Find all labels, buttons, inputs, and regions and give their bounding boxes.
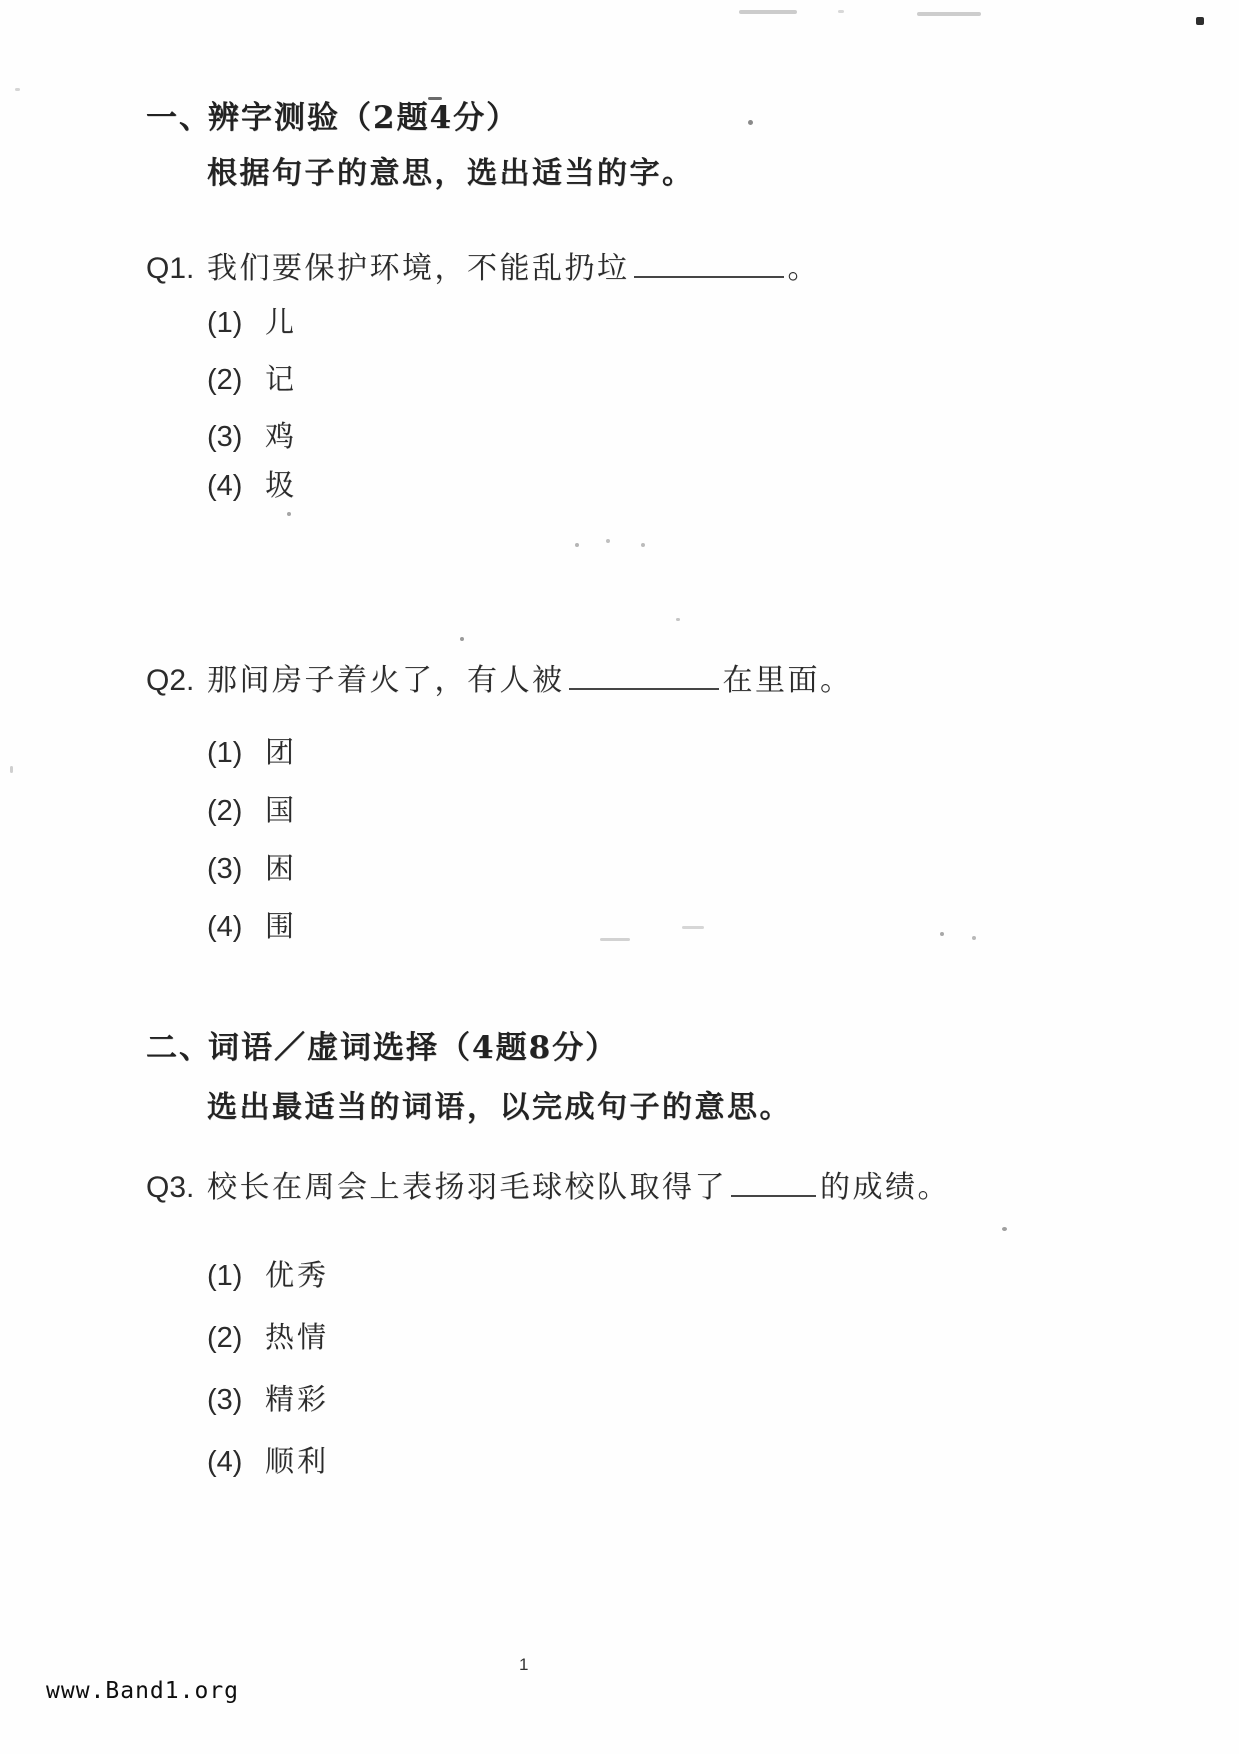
option-number: (2) bbox=[207, 364, 265, 397]
option-row: (2) 国 bbox=[207, 788, 297, 829]
question-q2-text-before: 那间房子着火了，有人被 bbox=[207, 663, 565, 698]
question-q2: Q2. 那间房子着火了，有人被在里面。 bbox=[146, 655, 853, 699]
option-text: 团 bbox=[265, 730, 297, 771]
scan-artifact bbox=[641, 543, 645, 547]
option-text: 围 bbox=[265, 904, 297, 945]
question-q1-id: Q1. bbox=[146, 252, 207, 286]
section-1-number: 一、 bbox=[146, 92, 208, 137]
option-number: (4) bbox=[207, 470, 265, 503]
option-text: 国 bbox=[265, 788, 297, 829]
option-row: (1) 儿 bbox=[207, 300, 297, 341]
option-number: (3) bbox=[207, 421, 265, 454]
scan-artifact bbox=[1002, 1227, 1007, 1231]
option-number: (2) bbox=[207, 795, 265, 828]
option-text: 精彩 bbox=[265, 1377, 329, 1418]
option-text: 儿 bbox=[265, 300, 297, 341]
scan-artifact bbox=[917, 12, 981, 16]
question-q3-text-before: 校长在周会上表扬羽毛球校队取得了 bbox=[207, 1170, 727, 1205]
question-q1-text: 我们要保护环境，不能乱扔垃。 bbox=[207, 243, 820, 287]
page-number: 1 bbox=[519, 1655, 528, 1675]
question-q2-text-after: 在里面。 bbox=[723, 663, 853, 698]
section-2-instruction: 选出最适当的词语，以完成句子的意思。 bbox=[207, 1082, 792, 1126]
scan-artifact bbox=[287, 512, 291, 516]
question-q1-text-before: 我们要保护环境，不能乱扔垃 bbox=[207, 251, 630, 286]
scan-artifact bbox=[15, 88, 20, 91]
exam-page: 一、 辨字测验（2题4分） 根据句子的意思，选出适当的字。 Q1. 我们要保护环… bbox=[0, 0, 1239, 1754]
scan-artifact bbox=[578, 1190, 582, 1194]
question-q3-text-after: 的成绩。 bbox=[820, 1170, 950, 1205]
option-row: (3) 鸡 bbox=[207, 414, 297, 455]
option-text: 圾 bbox=[265, 463, 297, 504]
question-q2-text: 那间房子着火了，有人被在里面。 bbox=[207, 655, 853, 699]
section-2-heading: 二、 词语／虚词选择（4题8分） bbox=[146, 1022, 618, 1067]
scan-artifact bbox=[600, 938, 630, 941]
option-row: (1) 优秀 bbox=[207, 1253, 329, 1294]
scan-artifact bbox=[575, 543, 579, 547]
question-q1: Q1. 我们要保护环境，不能乱扔垃。 bbox=[146, 243, 820, 287]
scan-artifact bbox=[682, 926, 704, 929]
option-number: (3) bbox=[207, 853, 265, 886]
option-number: (1) bbox=[207, 737, 265, 770]
option-row: (2) 热情 bbox=[207, 1315, 329, 1356]
scan-artifact bbox=[972, 936, 976, 940]
scan-artifact bbox=[606, 539, 610, 543]
question-q3-text: 校长在周会上表扬羽毛球校队取得了的成绩。 bbox=[207, 1162, 950, 1206]
option-row: (4) 围 bbox=[207, 904, 297, 945]
option-row: (4) 圾 bbox=[207, 463, 297, 504]
section-2-title: 词语／虚词选择（4题8分） bbox=[208, 1022, 618, 1067]
option-number: (1) bbox=[207, 307, 265, 340]
option-text: 顺利 bbox=[265, 1439, 329, 1480]
scan-artifact bbox=[838, 10, 844, 13]
option-row: (3) 精彩 bbox=[207, 1377, 329, 1418]
section-1-title: 辨字测验（2题4分） bbox=[208, 92, 519, 137]
option-row: (1) 团 bbox=[207, 730, 297, 771]
scan-artifact bbox=[676, 618, 680, 621]
scan-artifact bbox=[428, 97, 442, 100]
footer-site-text: www.Band1.org bbox=[46, 1678, 239, 1704]
scan-artifact bbox=[460, 637, 464, 641]
section-2-number: 二、 bbox=[146, 1022, 208, 1067]
option-text: 优秀 bbox=[265, 1253, 329, 1294]
option-number: (4) bbox=[207, 1446, 265, 1479]
option-number: (2) bbox=[207, 1322, 265, 1355]
answer-blank bbox=[731, 1168, 816, 1197]
option-row: (4) 顺利 bbox=[207, 1439, 329, 1480]
option-text: 热情 bbox=[265, 1315, 329, 1356]
question-q1-text-after: 。 bbox=[788, 251, 821, 286]
question-q3: Q3. 校长在周会上表扬羽毛球校队取得了的成绩。 bbox=[146, 1162, 950, 1206]
answer-blank bbox=[634, 249, 784, 278]
option-row: (3) 困 bbox=[207, 846, 297, 887]
scan-artifact bbox=[748, 120, 753, 125]
scan-artifact bbox=[1196, 17, 1204, 25]
answer-blank bbox=[569, 661, 719, 690]
question-q3-id: Q3. bbox=[146, 1171, 207, 1205]
question-q2-id: Q2. bbox=[146, 664, 207, 698]
option-text: 困 bbox=[265, 846, 297, 887]
scan-artifact bbox=[739, 10, 797, 14]
option-number: (3) bbox=[207, 1384, 265, 1417]
option-text: 鸡 bbox=[265, 414, 297, 455]
section-1-heading: 一、 辨字测验（2题4分） bbox=[146, 92, 519, 137]
scan-artifact bbox=[940, 932, 944, 936]
option-text: 记 bbox=[265, 357, 297, 398]
option-row: (2) 记 bbox=[207, 357, 297, 398]
scan-artifact bbox=[10, 766, 13, 773]
option-number: (1) bbox=[207, 1260, 265, 1293]
option-number: (4) bbox=[207, 911, 265, 944]
section-1-instruction: 根据句子的意思，选出适当的字。 bbox=[207, 148, 695, 192]
